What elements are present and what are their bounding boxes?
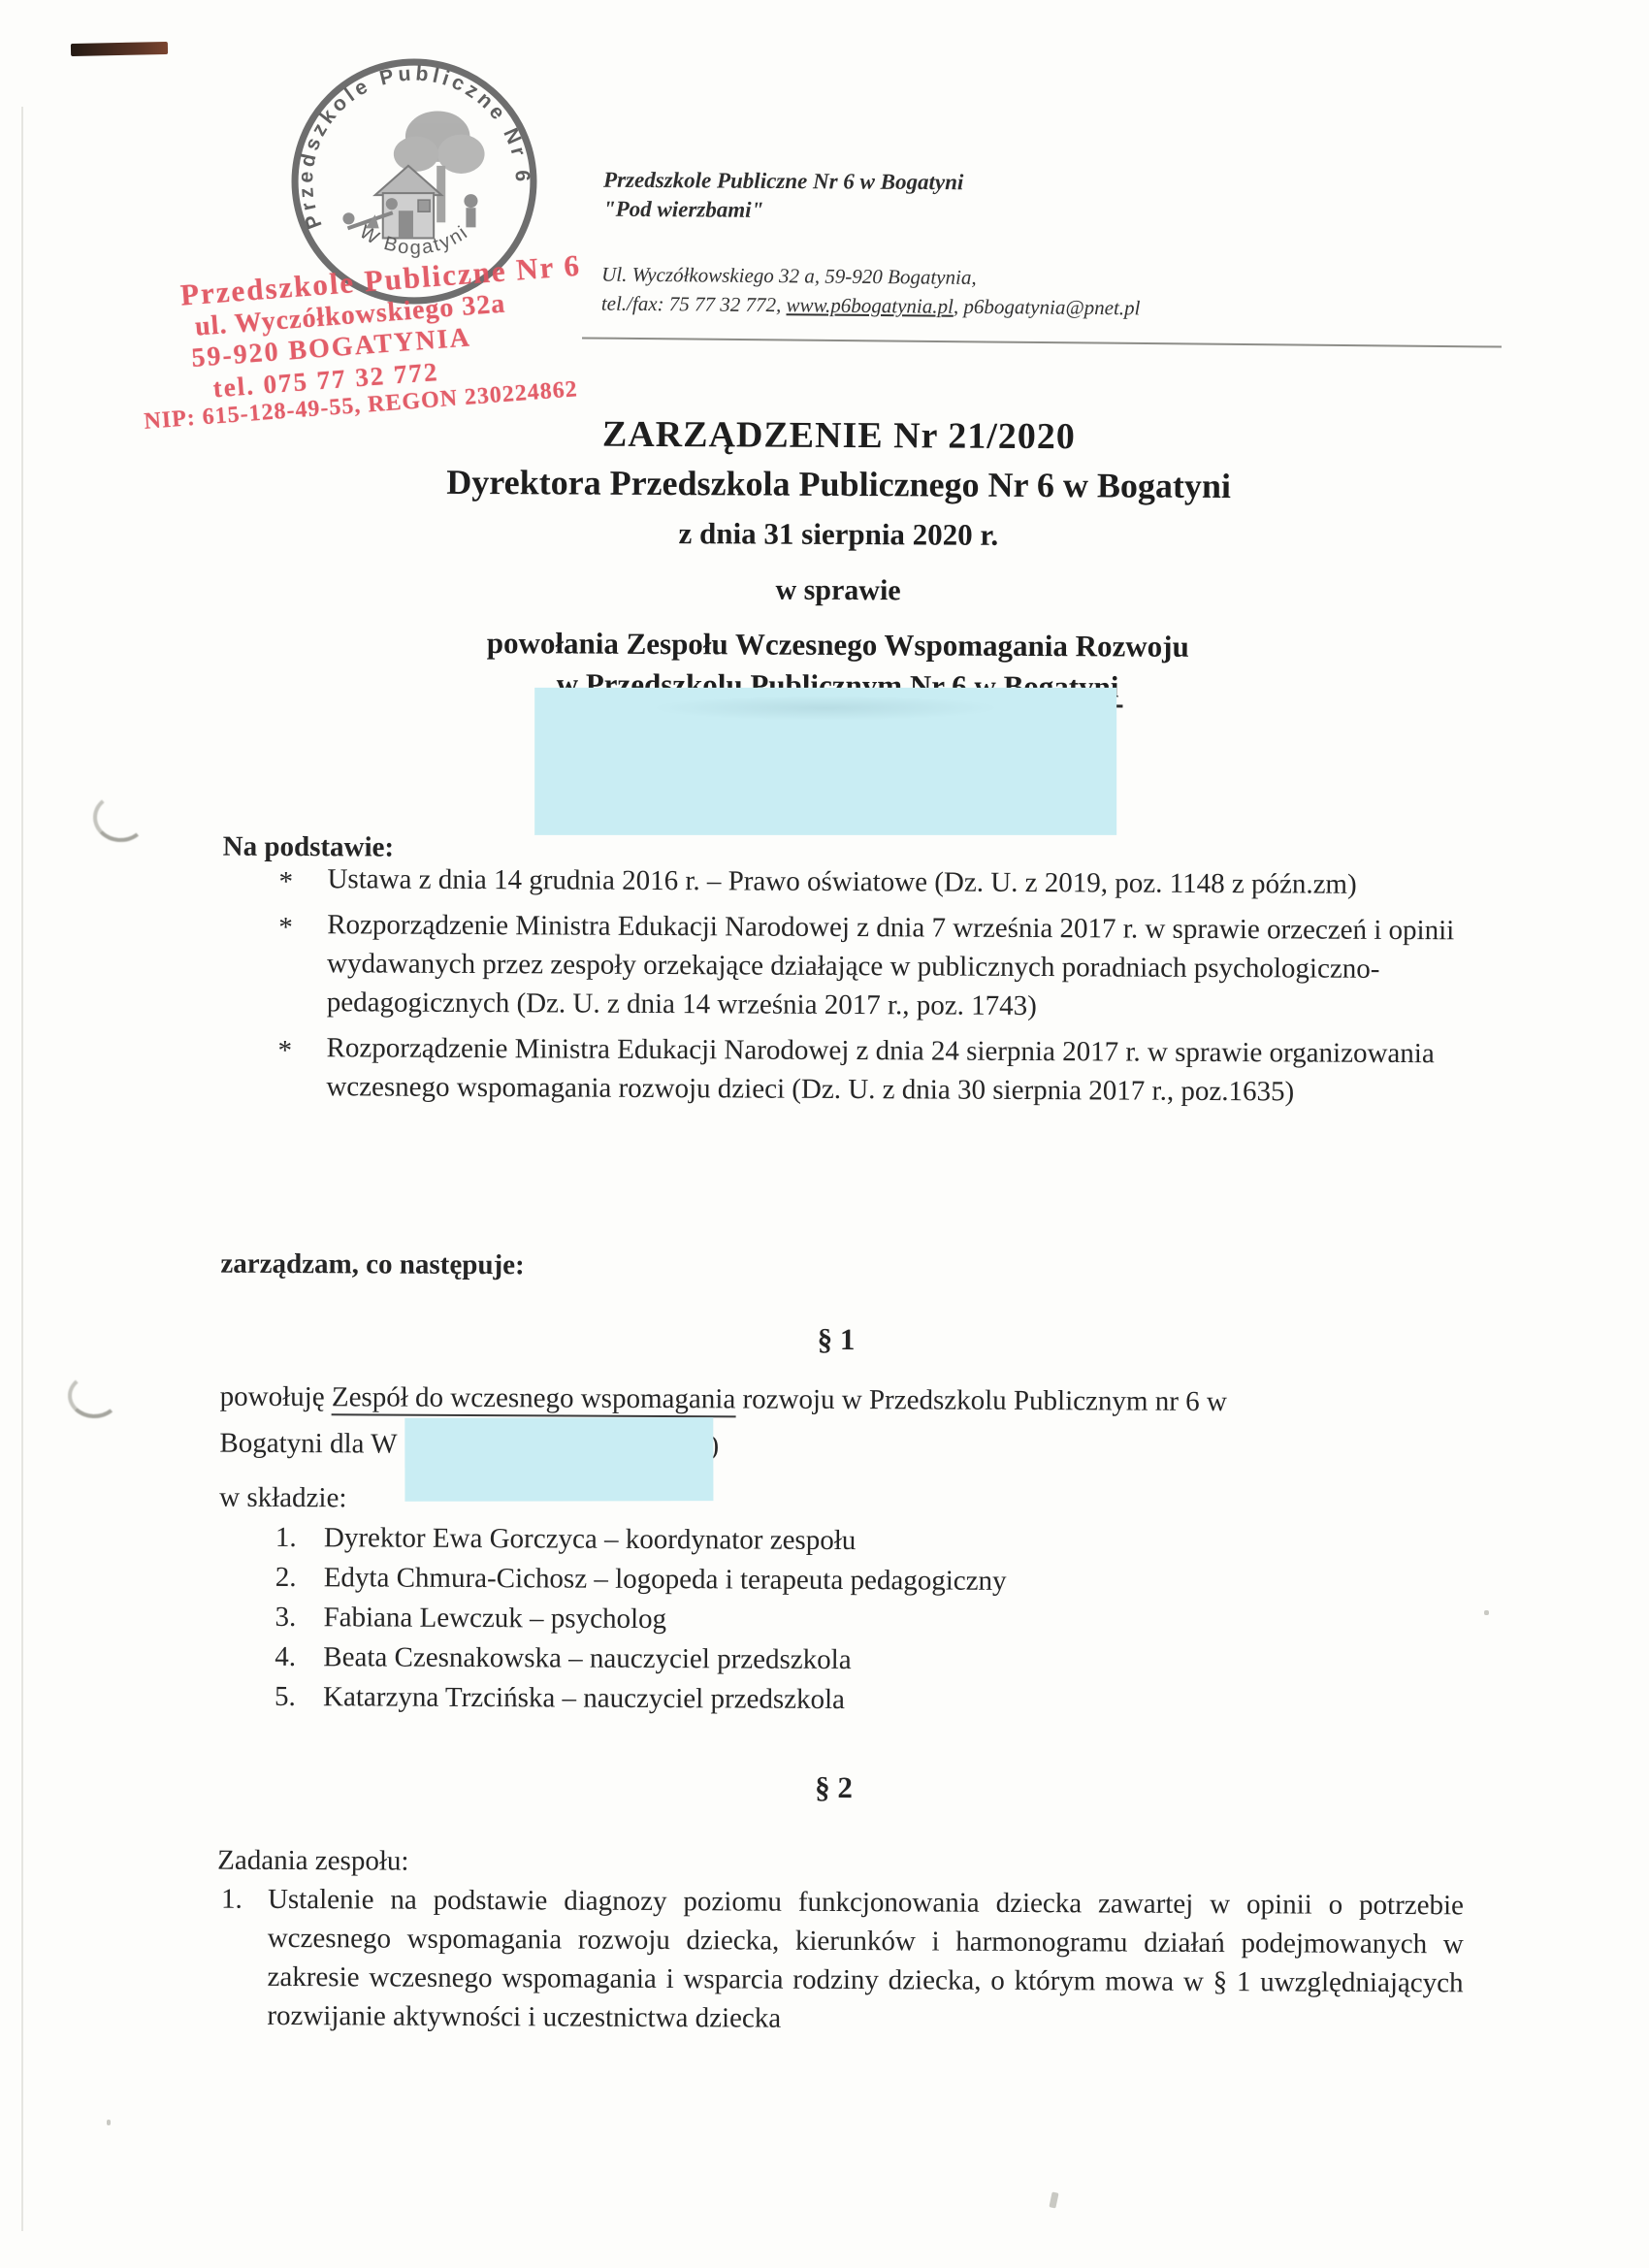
task-number: 1. [221,1880,242,1919]
scanned-document-page: Przedszkole Publiczne Nr 6 W Bogatyni Pr… [0,0,1649,2268]
team-member-row: 4. Beata Czesnakowska – nauczyciel przed… [218,1637,1450,1683]
legal-basis-item: * Rozporządzenie Ministra Edukacji Narod… [221,1028,1453,1113]
scan-speck [1484,1610,1489,1615]
member-text: Fabiana Lewczuk – psycholog [323,1602,666,1635]
redaction-box-child-name [404,1417,713,1502]
task-text: Ustalenie na podstawie diagnozy poziomu … [267,1880,1464,2041]
member-text: Beata Czesnakowska – nauczyciel przedszk… [323,1641,851,1675]
redaction-box-subject [534,688,1116,835]
legal-basis-item-text: Rozporządzenie Ministra Edukacji Narodow… [327,909,1455,1021]
order-title: ZARZĄDZENIE Nr 21/2020 [223,411,1455,461]
team-member-row: 3. Fabiana Lewczuk – psycholog [218,1598,1450,1643]
underlined-phrase: Zespół do wczesnego wspomagania [332,1381,736,1417]
order-regarding-label: w sprawie [222,568,1454,614]
scan-speck [107,2120,111,2125]
section-1-line3: w składzie: [219,1478,346,1518]
legal-basis-item-text: Rozporządzenie Ministra Edukacji Narodow… [326,1032,1435,1107]
team-member-row: 1. Dyrektor Ewa Gorczyca – koordynator z… [219,1518,1451,1564]
section-2-symbol: § 2 [218,1767,1450,1809]
member-number: 1. [275,1518,297,1557]
member-number: 4. [275,1637,296,1676]
asterisk-bullet-icon: * [277,1031,292,1070]
member-number: 3. [275,1598,296,1636]
section-1-line1: powołuję Zespół do wczesnego wspomagania… [220,1377,1227,1421]
team-member-row: 2. Edyta Chmura-Cichosz – logopeda i ter… [219,1558,1451,1604]
member-text: Edyta Chmura-Cichosz – logopeda i terape… [324,1562,1007,1597]
member-number: 5. [275,1677,296,1716]
team-members-list: 1. Dyrektor Ewa Gorczyca – koordynator z… [218,1518,1451,1724]
member-text: Dyrektor Ewa Gorczyca – koordynator zesp… [324,1522,857,1556]
section-2-task: 1. Ustalenie na podstawie diagnozy pozio… [216,1880,1464,2042]
legal-basis-list: * Ustawa z dnia 14 grudnia 2016 r. – Pra… [221,859,1454,1119]
title-block: ZARZĄDZENIE Nr 21/2020 Dyrektora Przedsz… [221,411,1455,709]
document-body: ZARZĄDZENIE Nr 21/2020 Dyrektora Przedsz… [0,0,1649,2268]
asterisk-bullet-icon: * [278,862,293,901]
legal-basis-item-text: Ustawa z dnia 14 grudnia 2016 r. – Prawo… [327,863,1356,900]
member-number: 2. [275,1558,297,1597]
section-1-symbol: § 1 [220,1319,1452,1361]
order-subject-line1: powołania Zespołu Wczesnego Wspomagania … [222,623,1454,668]
team-member-row: 5. Katarzyna Trzcińska – nauczyciel prze… [218,1677,1450,1723]
member-text: Katarzyna Trzcińska – nauczyciel przedsz… [323,1681,845,1715]
section-2-heading: Zadania zespołu: [217,1841,408,1881]
order-issuer: Dyrektora Przedszkola Publicznego Nr 6 w… [223,460,1455,509]
asterisk-bullet-icon: * [278,908,293,947]
legal-basis-item: * Ustawa z dnia 14 grudnia 2016 r. – Pra… [222,859,1454,905]
section-1-paragraph: powołuję Zespół do wczesnego wspomagania… [220,1377,1481,1384]
order-clause: zarządzam, co następuje: [220,1245,524,1285]
order-date: z dnia 31 sierpnia 2020 r. [222,512,1454,558]
legal-basis-item: * Rozporządzenie Ministra Edukacji Narod… [222,905,1455,1028]
